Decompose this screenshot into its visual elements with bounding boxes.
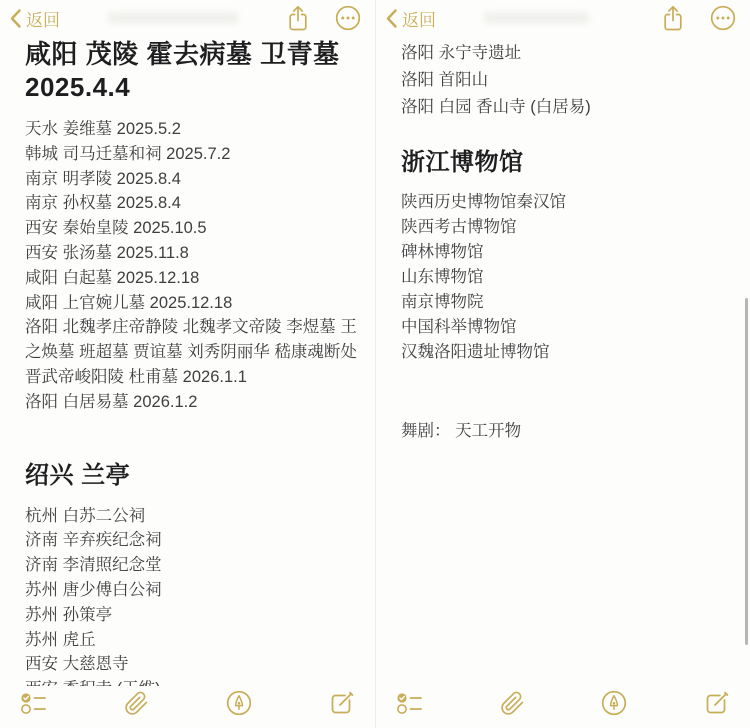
markup-button[interactable] [601,690,627,716]
paperclip-icon [500,691,525,716]
note-line[interactable]: 咸阳 白起墓 2025.12.18 [25,266,357,291]
more-button[interactable] [710,5,736,31]
note-line[interactable]: 汉魏洛阳遗址博物馆 [401,340,732,365]
markup-pen-icon [226,690,252,716]
attachment-button[interactable] [124,691,149,716]
note-content[interactable]: 咸阳 茂陵 霍去病墓 卫青墓 2025.4.4 天水 姜维墓 2025.5.2韩… [0,32,375,702]
checklist-button[interactable] [20,691,47,715]
note-line[interactable]: 西安 张汤墓 2025.11.8 [25,241,357,266]
museums-list: 陕西历史博物馆秦汉馆陕西考古博物馆碑林博物馆山东博物馆南京博物院中国科举博物馆汉… [401,190,732,365]
compose-button[interactable] [704,690,730,716]
checklist-icon [396,691,423,715]
back-label: 返回 [26,6,60,31]
note-line[interactable]: 陕西考古博物馆 [401,215,732,240]
note-line[interactable]: 洛阳 永宁寺遗址 [401,40,732,67]
note-line[interactable]: 山东博物馆 [401,265,732,290]
note-line[interactable]: 苏州 孙策亭 [25,603,357,628]
note-line[interactable]: 韩城 司马迁墓和祠 2025.7.2 [25,142,357,167]
split-screenshots: 返回 [0,0,750,728]
chevron-left-icon [10,9,21,28]
luoyang-list: 洛阳 永宁寺遗址洛阳 首阳山洛阳 白园 香山寺 (白居易) [401,40,732,121]
note-line[interactable]: 天水 姜维墓 2025.5.2 [25,117,357,142]
checklist-icon [20,691,47,715]
note-line[interactable]: 南京 明孝陵 2025.8.4 [25,167,357,192]
share-icon [662,5,684,32]
note-line[interactable]: 中国科举博物馆 [401,315,732,340]
markup-pen-icon [601,690,627,716]
left-note-pane: 返回 [0,0,375,728]
note-line[interactable]: 南京 孙权墓 2025.8.4 [25,191,357,216]
dance-drama-line[interactable]: 舞剧： 天工开物 [401,417,732,441]
note-line[interactable]: 杭州 白苏二公祠 [25,504,357,529]
note-title[interactable]: 咸阳 茂陵 霍去病墓 卫青墓 2025.4.4 [25,38,357,104]
section-heading[interactable]: 绍兴 兰亭 [25,461,357,491]
paperclip-icon [124,691,149,716]
scrollbar-thumb[interactable] [745,298,748,645]
markup-button[interactable] [226,690,252,716]
places-list: 杭州 白苏二公祠济南 辛弃疾纪念祠济南 李清照纪念堂苏州 唐少傅白公祠苏州 孙策… [25,504,357,702]
share-icon [287,5,309,32]
attachment-button[interactable] [500,691,525,716]
right-note-pane: 返回 [375,0,750,728]
back-button[interactable]: 返回 [386,6,436,31]
back-button[interactable]: 返回 [10,6,60,31]
chevron-left-icon [386,9,397,28]
visited-list: 天水 姜维墓 2025.5.2韩城 司马迁墓和祠 2025.7.2南京 明孝陵 … [25,117,357,415]
note-content[interactable]: 洛阳 永宁寺遗址洛阳 首阳山洛阳 白园 香山寺 (白居易) 浙江博物馆 陕西历史… [376,40,750,441]
section-heading[interactable]: 浙江博物馆 [401,148,732,178]
compose-icon [704,690,730,716]
note-line[interactable]: 咸阳 上官婉儿墓 2025.12.18 [25,291,357,316]
note-line[interactable]: 洛阳 首阳山 [401,67,732,94]
note-line[interactable]: 西安 秦始皇陵 2025.10.5 [25,216,357,241]
note-line[interactable]: 陕西历史博物馆秦汉馆 [401,190,732,215]
ellipsis-circle-icon [335,5,361,31]
nav-ghost-text [484,12,589,24]
compose-button[interactable] [329,690,355,716]
note-line[interactable]: 济南 李清照纪念堂 [25,553,357,578]
note-line[interactable]: 洛阳 北魏孝庄帝静陵 北魏孝文帝陵 李煜墓 王之焕墓 班超墓 贾谊墓 刘秀阴丽华… [25,315,357,389]
note-line[interactable]: 南京博物院 [401,290,732,315]
checklist-button[interactable] [396,691,423,715]
note-line[interactable]: 济南 辛弃疾纪念祠 [25,528,357,553]
note-line[interactable]: 苏州 虎丘 [25,628,357,653]
note-line[interactable]: 洛阳 白居易墓 2026.1.2 [25,390,357,415]
note-line[interactable]: 西安 大慈恩寺 [25,652,357,677]
right-toolbar [376,686,750,728]
share-button[interactable] [287,5,309,32]
left-nav-bar: 返回 [0,0,375,32]
note-line[interactable]: 洛阳 白园 香山寺 (白居易) [401,94,732,121]
ellipsis-circle-icon [710,5,736,31]
more-button[interactable] [335,5,361,31]
compose-icon [329,690,355,716]
back-label: 返回 [402,6,436,31]
left-toolbar [0,686,375,728]
note-line[interactable]: 碑林博物馆 [401,240,732,265]
note-line[interactable]: 苏州 唐少傅白公祠 [25,578,357,603]
nav-ghost-text [108,12,238,24]
right-nav-bar: 返回 [376,0,750,32]
share-button[interactable] [662,5,684,32]
